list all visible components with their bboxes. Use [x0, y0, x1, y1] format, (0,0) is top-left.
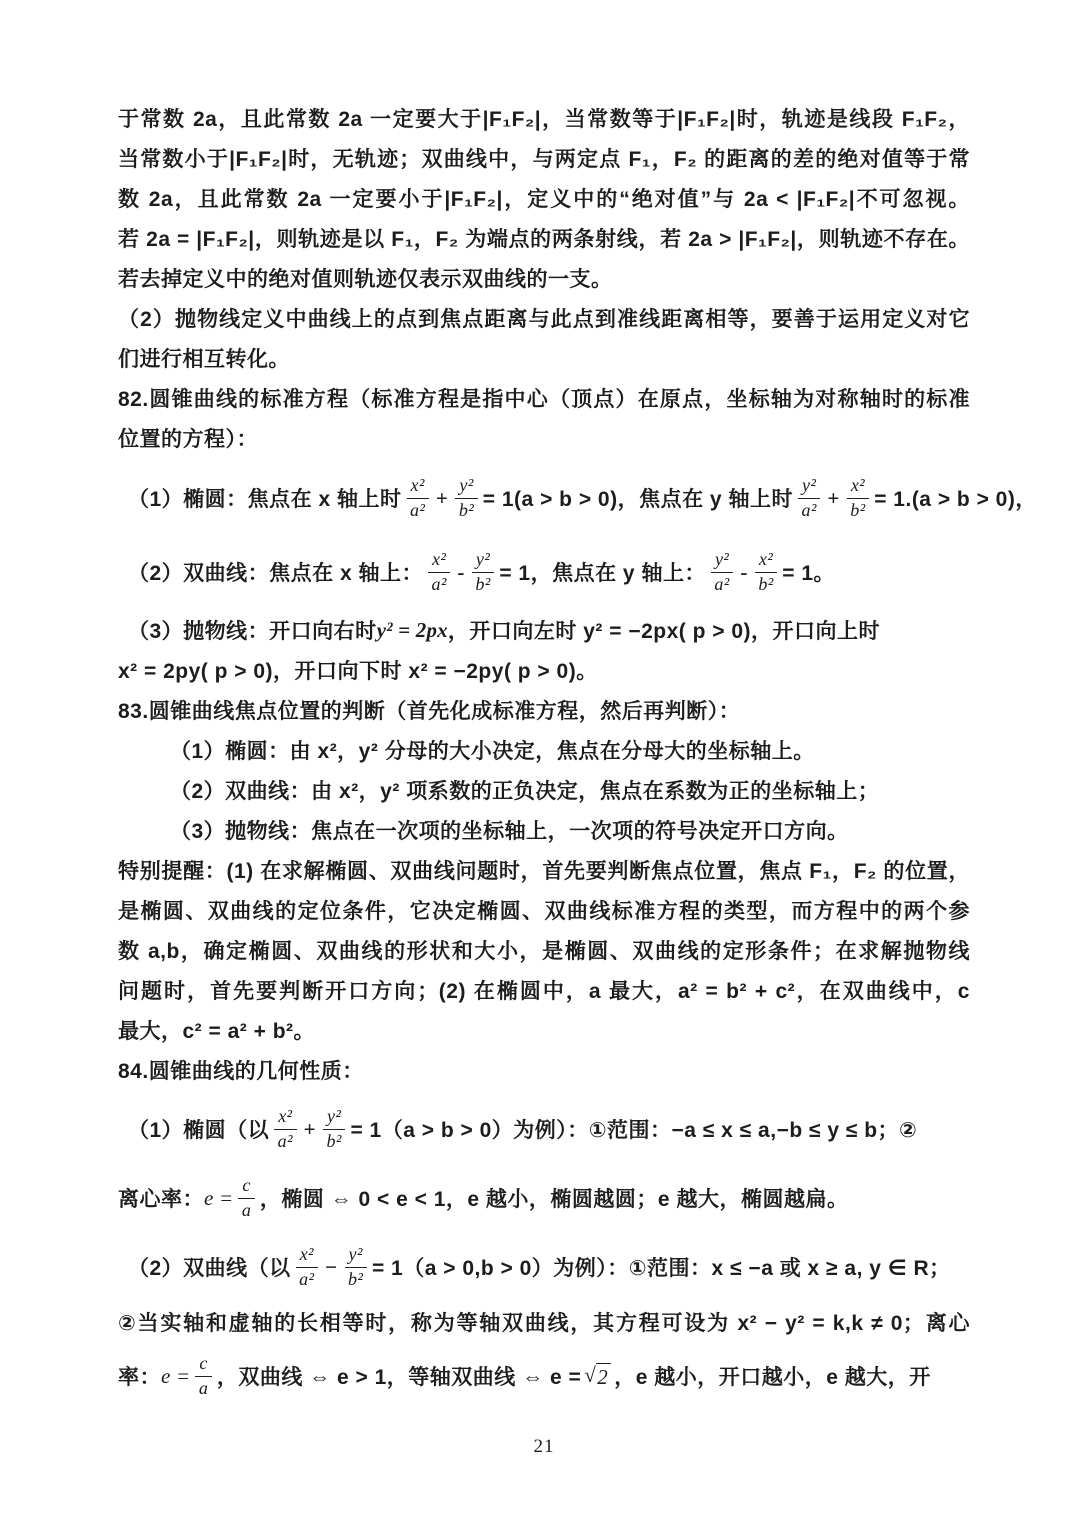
reminder-line-1: 特别提醒：(1) 在求解椭圆、双曲线问题时，首先要判断焦点位置，焦点 F₁，F₂…: [118, 852, 970, 892]
section83-item-parabola: （3）抛物线：焦点在一次项的坐标轴上，一次项的符号决定开口方向。: [118, 812, 970, 852]
fraction-x2-a2: x²a²: [296, 1244, 318, 1289]
para81-parabola-note-line-1: （2）抛物线定义中曲线上的点到焦点距离与此点到准线距离相等，要善于运用定义对它: [118, 300, 970, 340]
minus-operator: -: [740, 560, 748, 585]
fraction-c-a: ca: [195, 1353, 212, 1398]
hyperbola84-lead-text: （2）双曲线（以: [128, 1252, 291, 1282]
fraction-y2-b2: y²b²: [472, 549, 494, 594]
hyperbola84-range-text: = 1（a > 0,b > 0）为例）：①范围：x ≤ −a 或 x ≥ a, …: [372, 1252, 951, 1282]
para81-line-2: 当常数小于|F₁F₂|时，无轨迹；双曲线中，与两定点 F₁，F₂ 的距离的差的绝…: [118, 140, 970, 180]
minus-operator: -: [457, 560, 465, 585]
rate-label: 率：: [118, 1361, 161, 1391]
ellipse-lead-text: （1）椭圆：焦点在 x 轴上时: [128, 483, 402, 513]
section84-eccentricity2-line: 率： e = ca ，双曲线 ⇔ e > 1，等轴双曲线 ⇔ e = √2 ，e…: [118, 1344, 970, 1408]
hyperbola-lead-text: （2）双曲线：焦点在 x 轴上：: [128, 557, 423, 587]
para81-line-4: 若 2a = |F₁F₂|，则轨迹是以 F₁，F₂ 为端点的两条射线，若 2a …: [118, 220, 970, 260]
fraction-c-a: ca: [238, 1175, 255, 1220]
fraction-x2-b2: x²b²: [847, 475, 869, 520]
para81-line-5: 若去掉定义中的绝对值则轨迹仅表示双曲线的一支。: [118, 260, 970, 300]
section82-hyperbola-equation-line: （2）双曲线：焦点在 x 轴上： x²a² - y²b² = 1，焦点在 y 轴…: [118, 536, 970, 608]
document-page: 于常数 2a，且此常数 2a 一定要大于|F₁F₂|，当常数等于|F₁F₂|时，…: [0, 0, 1080, 1525]
reminder-line-4: 问题时，首先要判断开口方向；(2) 在椭圆中，a 最大，a² = b² + c²…: [118, 972, 970, 1012]
fraction-x2-a2: x²a²: [428, 549, 450, 594]
section83-item-ellipse: （1）椭圆：由 x²，y² 分母的大小决定，焦点在分母大的坐标轴上。: [118, 732, 970, 772]
eccentricity-text: ，椭圆 ⇔ 0 < e < 1，e 越小，椭圆越圆；e 越大，椭圆越扁。: [260, 1183, 849, 1213]
reminder-line-2: 是椭圆、双曲线的定位条件，它决定椭圆、双曲线标准方程的类型，而方程中的两个参: [118, 892, 970, 932]
section84-ellipse-properties-line: （1）椭圆（以 x²a² + y²b² = 1（a > b > 0）为例）：①范…: [118, 1092, 970, 1166]
hyperbola-mid-text: = 1，焦点在 y 轴上：: [499, 557, 706, 587]
eccentricity2-tail-text: ，e 越小，开口越小，e 越大，开: [614, 1361, 931, 1391]
plus-operator: +: [304, 1117, 316, 1142]
e-equals: e =: [161, 1364, 190, 1389]
parabola-mid-text: ，开口向左时 y² = −2px( p > 0)，开口向上时: [448, 615, 880, 645]
fraction-x2-b2: x²b²: [755, 549, 777, 594]
fraction-x2-a2: x²a²: [407, 475, 429, 520]
section84-title: 84.圆锥曲线的几何性质：: [118, 1052, 970, 1092]
fraction-y2-b2: y²b²: [455, 475, 477, 520]
section84-eccentricity-line: 离心率： e = ca ，椭圆 ⇔ 0 < e < 1，e 越小，椭圆越圆；e …: [118, 1166, 970, 1230]
fraction-y2-b2: y²b²: [323, 1106, 345, 1151]
section83-item-hyperbola: （2）双曲线：由 x²，y² 项系数的正负决定，焦点在系数为正的坐标轴上；: [118, 772, 970, 812]
section82-parabola-line-1: （3）抛物线：开口向右时 y² = 2px ，开口向左时 y² = −2px( …: [118, 608, 970, 652]
parabola-lead-text: （3）抛物线：开口向右时: [128, 615, 377, 645]
plus-operator: +: [436, 486, 448, 511]
reminder-line-5: 最大，c² = a² + b²。: [118, 1012, 970, 1052]
plus-operator: +: [827, 486, 839, 511]
eccentricity2-mid-text: ，双曲线 ⇔ e > 1，等轴双曲线 ⇔ e =: [217, 1361, 581, 1391]
sqrt-2-expression: √2: [584, 1363, 611, 1390]
fraction-y2-b2: y²b²: [345, 1244, 367, 1289]
minus-operator: −: [325, 1255, 337, 1280]
reminder-line-3: 数 a,b，确定椭圆、双曲线的形状和大小，是椭圆、双曲线的定形条件；在求解抛物线: [118, 932, 970, 972]
section82-title-line-2: 位置的方程）：: [118, 420, 970, 460]
section84-hyperbola-properties-line: （2）双曲线（以 x²a² − y²b² = 1（a > 0,b > 0）为例）…: [118, 1230, 970, 1304]
section82-parabola-line-2: x² = 2py( p > 0)，开口向下时 x² = −2py( p > 0)…: [118, 652, 970, 692]
section84-equilateral-hyperbola-line: ②当实轴和虚轴的长相等时，称为等轴双曲线，其方程可设为 x² − y² = k,…: [118, 1304, 970, 1344]
e-equals: e =: [204, 1186, 233, 1211]
fraction-x2-a2: x²a²: [274, 1106, 296, 1151]
hyperbola-tail-text: = 1。: [782, 557, 835, 587]
para81-line-3: 数 2a，且此常数 2a 一定要小于|F₁F₂|，定义中的“绝对值”与 2a <…: [118, 180, 970, 220]
section82-title-line-1: 82.圆锥曲线的标准方程（标准方程是指中心（顶点）在原点，坐标轴为对称轴时的标准: [118, 380, 970, 420]
eccentricity-label: 离心率：: [118, 1183, 204, 1213]
section83-title: 83.圆锥曲线焦点位置的判断（首先化成标准方程，然后再判断）：: [118, 692, 970, 732]
page-number: 21: [118, 1436, 970, 1458]
para81-line-1: 于常数 2a，且此常数 2a 一定要大于|F₁F₂|，当常数等于|F₁F₂|时，…: [118, 100, 970, 140]
ellipse-tail-text: = 1.(a > b > 0)，: [874, 483, 1037, 513]
fraction-y2-a2: y²a²: [711, 549, 733, 594]
parabola-bold-equation: y² = 2px: [377, 618, 448, 643]
section82-ellipse-equation-line: （1）椭圆：焦点在 x 轴上时 x²a² + y²b² = 1(a > b > …: [118, 460, 970, 536]
fraction-y2-a2: y²a²: [798, 475, 820, 520]
ellipse84-range-text: = 1（a > b > 0）为例）：①范围：−a ≤ x ≤ a,−b ≤ y …: [350, 1114, 917, 1144]
ellipse84-lead-text: （1）椭圆（以: [128, 1114, 269, 1144]
para81-parabola-note-line-2: 们进行相互转化。: [118, 340, 970, 380]
ellipse-mid-text: = 1(a > b > 0)，焦点在 y 轴上时: [483, 483, 793, 513]
